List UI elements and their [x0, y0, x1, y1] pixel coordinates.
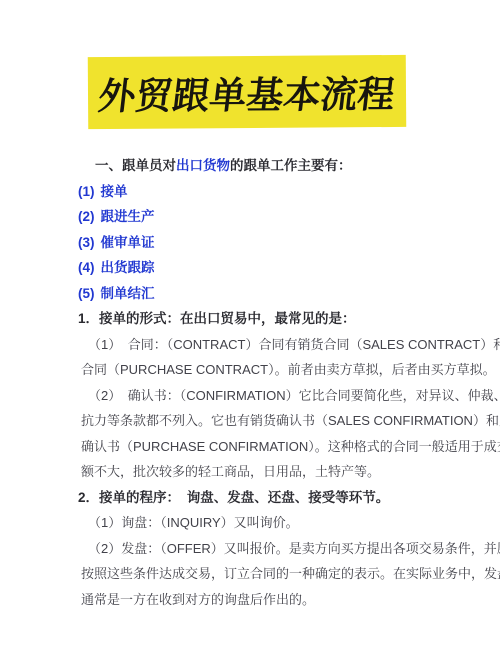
section-heading-1: 1．接单的形式：在出口贸易中，最常见的是：: [78, 306, 438, 332]
title-banner: 外贸跟单基本流程: [88, 55, 406, 129]
paragraph-line: 抗力等条款都不列入。它也有销货确认书（SALES CONFIRMATION）和购…: [78, 408, 438, 434]
paragraph-line: 通常是一方在收到对方的询盘后作出的。: [78, 587, 438, 613]
intro-line: 一、跟单员对出口货物的跟单工作主要有：: [78, 153, 438, 179]
step-number: (5): [78, 286, 95, 301]
paragraph-line: 确认书（PURCHASE CONFIRMATION）。这种格式的合同一般适用于成…: [78, 434, 438, 460]
step-label: 跟进生产: [101, 209, 155, 224]
document-body: 一、跟单员对出口货物的跟单工作主要有： (1)接单 (2)跟进生产 (3)催审单…: [78, 153, 438, 612]
step-item-5: (5)制单结汇: [78, 281, 438, 307]
intro-highlight: 出口货物: [176, 158, 230, 173]
paragraph-line: 额不大，批次较多的轻工商品，日用品，土特产等。: [78, 459, 438, 485]
intro-pre: 一、跟单员对: [95, 158, 176, 173]
paragraph-line: 按照这些条件达成交易，订立合同的一种确定的表示。在实际业务中，发盘: [78, 561, 438, 587]
step-label: 制单结汇: [101, 286, 155, 301]
paragraph-line: 合同（PURCHASE CONTRACT）。前者由卖方草拟，后者由买方草拟。: [78, 357, 438, 383]
step-number: (3): [78, 235, 95, 250]
step-item-3: (3)催审单证: [78, 230, 438, 256]
paragraph-line: （1）询盘：（INQUIRY）又叫询价。: [78, 510, 438, 536]
step-number: (2): [78, 209, 95, 224]
paragraph-line: （2）发盘：（OFFER）又叫报价。是卖方向买方提出各项交易条件，并愿意: [78, 536, 438, 562]
step-item-4: (4)出货跟踪: [78, 255, 438, 281]
step-item-2: (2)跟进生产: [78, 204, 438, 230]
step-label: 接单: [101, 184, 128, 199]
step-item-1: (1)接单: [78, 179, 438, 205]
step-number: (4): [78, 260, 95, 275]
step-number: (1): [78, 184, 95, 199]
section-heading-2: 2．接单的程序： 询盘、发盘、还盘、接受等环节。: [78, 485, 438, 511]
intro-post: 的跟单工作主要有：: [230, 158, 352, 173]
step-label: 出货跟踪: [101, 260, 155, 275]
page-title: 外贸跟单基本流程: [96, 64, 398, 120]
paragraph-line: （1） 合同：（CONTRACT）合同有销货合同（SALES CONTRACT）…: [78, 332, 438, 358]
step-label: 催审单证: [101, 235, 155, 250]
paragraph-line: （2） 确认书：（CONFIRMATION）它比合同要简化些，对异议、仲裁、不可: [78, 383, 438, 409]
